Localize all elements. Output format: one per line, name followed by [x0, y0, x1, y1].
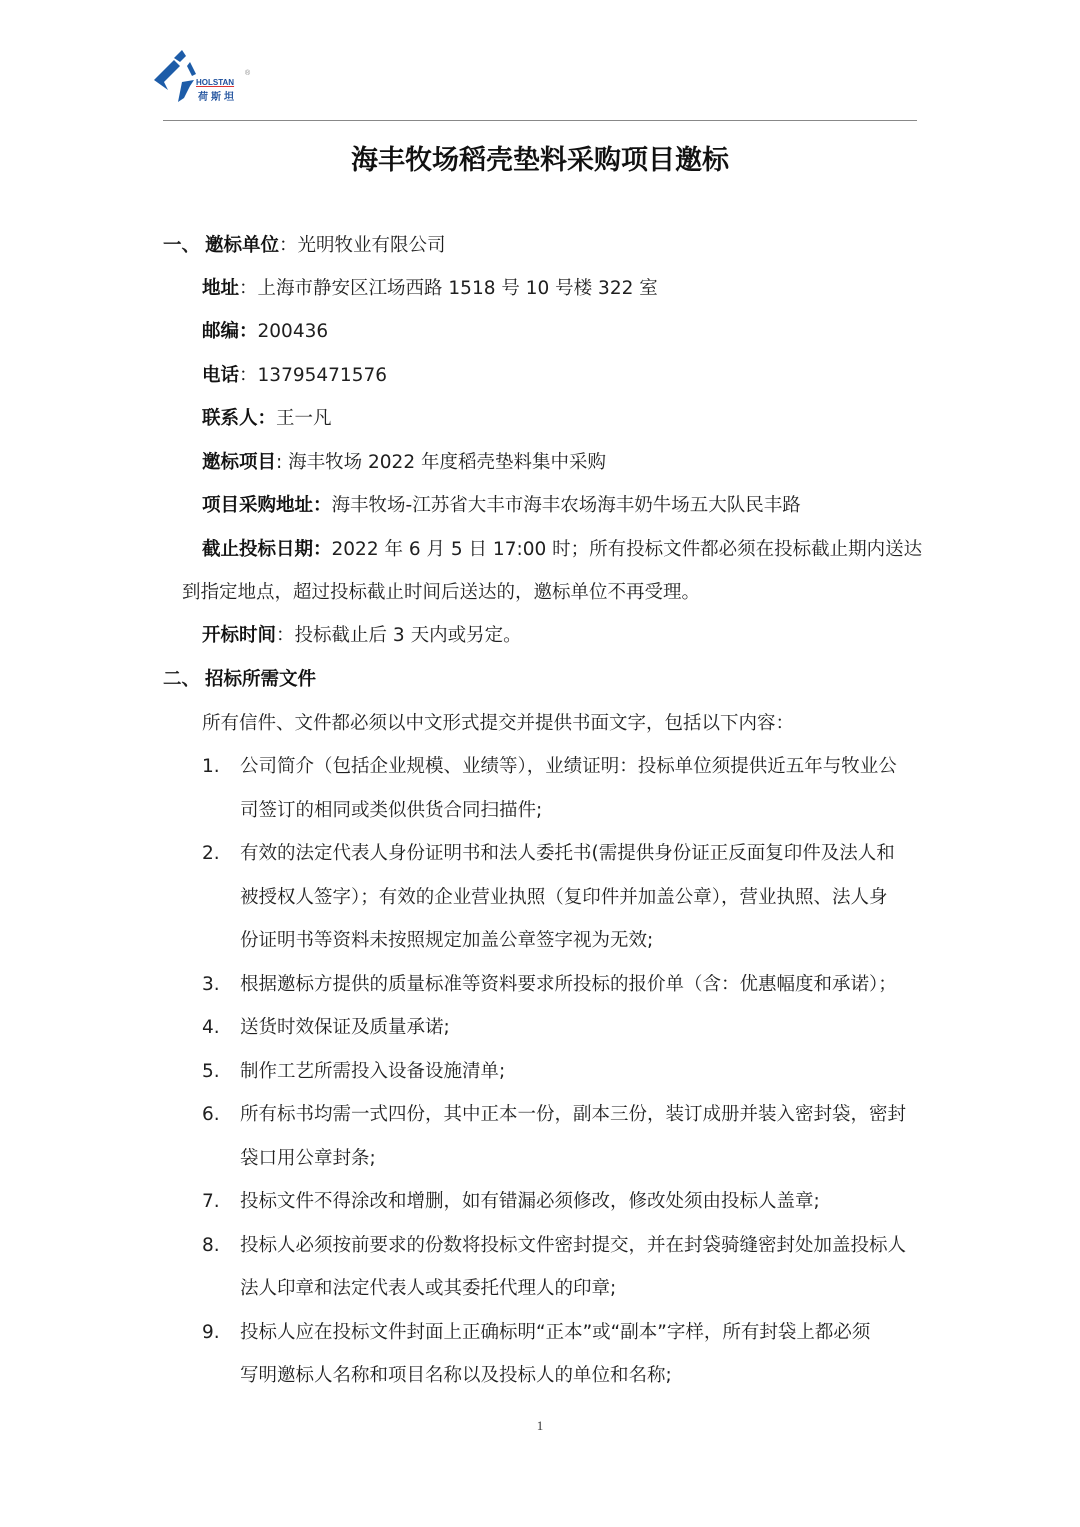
section2-number: 二、 [163, 666, 205, 694]
item-number: 6. [202, 1101, 220, 1129]
field-phone: 电话：13795471576 [202, 362, 387, 390]
item-number: 8. [202, 1232, 220, 1260]
item-number: 9. [202, 1319, 220, 1347]
field-contact: 联系人：王一凡 [202, 405, 332, 433]
item-number: 3. [202, 971, 220, 999]
item-number: 4. [202, 1014, 220, 1042]
section1-heading-line: 一、邀标单位：光明牧业有限公司 [163, 232, 446, 260]
list-item-line: 袋口用公章封条; [240, 1145, 376, 1173]
list-item-line: 份证明书等资料未按照规定加盖公章签字视为无效; [240, 927, 653, 955]
list-item-line: 写明邀标人名称和项目名称以及投标人的单位和名称; [240, 1362, 672, 1390]
list-item-line: 投标文件不得涂改和增删，如有错漏必须修改，修改处须由投标人盖章; [240, 1188, 820, 1216]
item-number: 5. [202, 1058, 220, 1086]
list-item-line: 根据邀标方提供的质量标准等资料要求所投标的报价单（含：优惠幅度和承诺）； [240, 971, 897, 999]
item-number: 1. [202, 753, 220, 781]
section1-heading: 邀标单位 [205, 235, 279, 256]
company-logo: ® HOLSTAN 荷斯坦 [152, 46, 262, 108]
list-item-line: 投标人必须按前要求的份数将投标文件密封提交，并在封袋骑缝密封处加盖投标人 [240, 1232, 906, 1260]
list-item-line: 被授权人签字）；有效的企业营业执照（复印件并加盖公章），营业执照、法人身 [240, 884, 888, 912]
section2-intro: 所有信件、文件都必须以中文形式提交并提供书面文字，包括以下内容： [202, 710, 794, 738]
field-project: 邀标项目: 海丰牧场 2022 年度稻壳垫料集中采购 [202, 449, 606, 477]
field-procurement-address: 项目采购地址：海丰牧场-江苏省大丰市海丰农场海丰奶牛场五大队民丰路 [202, 492, 801, 520]
page-number: 1 [0, 1418, 1080, 1434]
list-item-line: 法人印章和法定代表人或其委托代理人的印章; [240, 1275, 616, 1303]
section2-heading: 招标所需文件 [205, 669, 316, 690]
logo-brand-cn: 荷斯坦 [198, 88, 237, 103]
header-divider [163, 120, 917, 121]
logo-brand-en: HOLSTAN [196, 78, 234, 87]
item-number: 7. [202, 1188, 220, 1216]
list-item-line: 制作工艺所需投入设备设施清单; [240, 1058, 505, 1086]
section1-number: 一、 [163, 232, 205, 260]
list-item-line: 投标人应在投标文件封面上正确标明“正本”或“副本”字样，所有封袋上都必须 [240, 1319, 870, 1347]
list-item-line: 公司简介（包括企业规模、业绩等），业绩证明：投标单位须提供近五年与牧业公 [240, 753, 897, 781]
item-number: 2. [202, 840, 220, 868]
list-item-line: 有效的法定代表人身份证明书和法人委托书(需提供身份证正反面复印件及法人和 [240, 840, 895, 868]
list-item-line: 司签订的相同或类似供货合同扫描件; [240, 797, 542, 825]
field-postcode: 邮编：200436 [202, 318, 328, 346]
list-item-line: 送货时效保证及质量承诺; [240, 1014, 450, 1042]
field-deadline: 截止投标日期：2022 年 6 月 5 日 17:00 时；所有投标文件都必须在… [202, 536, 922, 564]
field-deadline-continuation: 到指定地点，超过投标截止时间后送达的，邀标单位不再受理。 [182, 579, 700, 607]
field-opening-time: 开标时间：投标截止后 3 天内或另定。 [202, 622, 522, 650]
list-item-line: 所有标书均需一式四份，其中正本一份，副本三份，装订成册并装入密封袋，密封 [240, 1101, 906, 1129]
document-title: 海丰牧场稻壳垫料采购项目邀标 [0, 138, 1080, 177]
section1-company: 光明牧业有限公司 [298, 235, 446, 256]
field-address: 地址：上海市静安区江场西路 1518 号 10 号楼 322 室 [202, 275, 658, 303]
registered-mark: ® [245, 70, 250, 77]
section2-heading-line: 二、招标所需文件 [163, 666, 316, 694]
